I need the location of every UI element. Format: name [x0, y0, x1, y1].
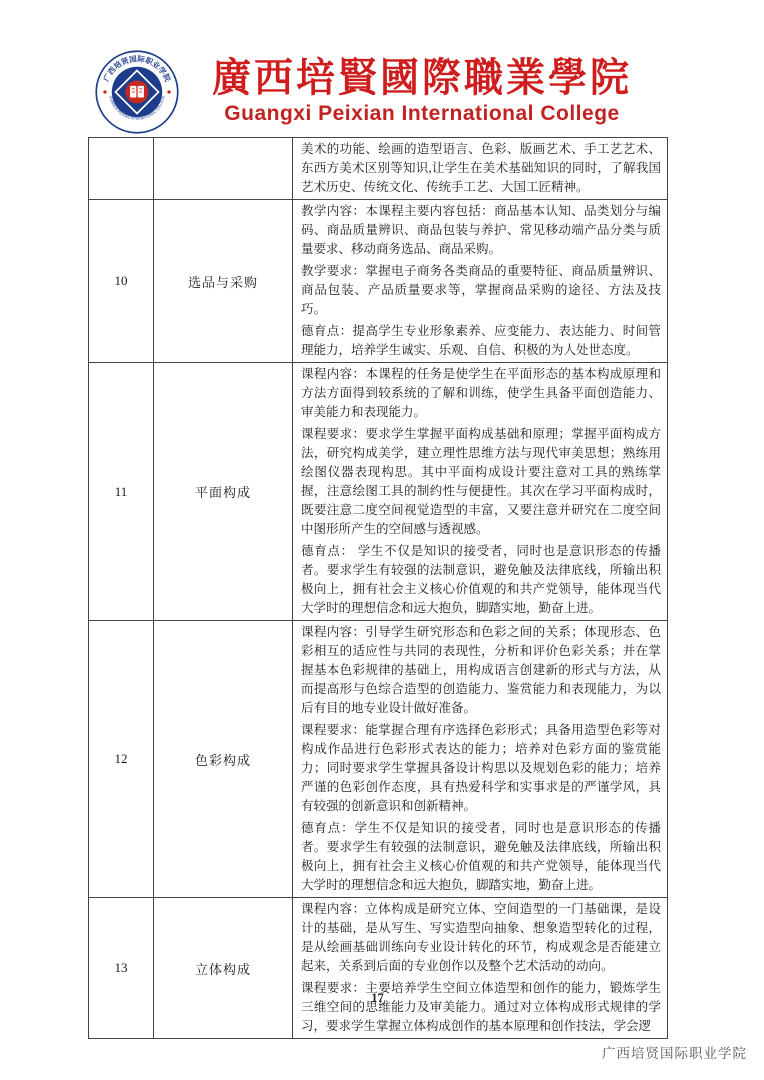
- course-desc-cell: 美术的功能、绘画的造型语言、色彩、版画艺术、手工艺艺术、东西方美术区别等知识,让…: [293, 138, 668, 200]
- seal-center-disc: [125, 80, 148, 103]
- course-desc-cell: 课程内容：本课程的任务是使学生在平面形态的基本构成原理和方法方面得到较系统的了解…: [293, 363, 668, 621]
- college-seal-icon: 广西培贤国际职业学院 GUANGXI PEIXIAN INTERNATIONAL…: [95, 50, 179, 134]
- course-number-cell: 13: [89, 898, 154, 1039]
- college-header: 广西培贤国际职业学院 GUANGXI PEIXIAN INTERNATIONAL…: [95, 48, 661, 136]
- course-number-cell: 10: [89, 200, 154, 363]
- desc-paragraph: 德育点：学生不仅是知识的接受者，同时也是意识形态的传播者。要求学生有较强的法制意…: [301, 819, 661, 895]
- course-number-cell: 11: [89, 363, 154, 621]
- course-table: 美术的功能、绘画的造型语言、色彩、版画艺术、手工艺艺术、东西方美术区别等知识,让…: [88, 137, 668, 1039]
- table-row-11: 11 平面构成 课程内容：本课程的任务是使学生在平面形态的基本构成原理和方法方面…: [89, 363, 668, 621]
- college-name-zh: 廣西培賢國際職業學院: [183, 57, 661, 102]
- page-number: 17: [88, 991, 667, 1006]
- desc-paragraph: 教学要求：掌握电子商务各类商品的重要特征、商品质量辨识、商品包装、产品质量要求等…: [301, 262, 661, 319]
- desc-paragraph: 课程要求：能掌握合理有序选择色彩形式；具备用造型色彩等对构成作品进行色彩形式表达…: [301, 721, 661, 816]
- course-desc-cell: 教学内容：本课程主要内容包括：商品基本认知、品类划分与编码、商品质量辨识、商品包…: [293, 200, 668, 363]
- course-name-cell: [154, 138, 293, 200]
- table-row-10: 10 选品与采购 教学内容：本课程主要内容包括：商品基本认知、品类划分与编码、商…: [89, 200, 668, 363]
- table-row-12: 12 色彩构成 课程内容：引导学生研究形态和色彩之间的关系；体现形态、色彩相互的…: [89, 621, 668, 898]
- document-page: 广西培贤国际职业学院 GUANGXI PEIXIAN INTERNATIONAL…: [0, 0, 764, 1080]
- desc-paragraph: 课程内容：本课程的任务是使学生在平面形态的基本构成原理和方法方面得到较系统的了解…: [301, 365, 661, 422]
- desc-paragraph: 教学内容：本课程主要内容包括：商品基本认知、品类划分与编码、商品质量辨识、商品包…: [301, 202, 661, 259]
- course-number-cell: [89, 138, 154, 200]
- desc-paragraph: 德育点：提高学生专业形象素养、应变能力、表达能力、时间管理能力，培养学生诚实、乐…: [301, 322, 661, 360]
- course-name-cell: 选品与采购: [154, 200, 293, 363]
- table-row-13: 13 立体构成 课程内容：立体构成是研究立体、空间造型的一门基础课，是设计的基础…: [89, 898, 668, 1039]
- course-name-cell: 平面构成: [154, 363, 293, 621]
- desc-paragraph: 美术的功能、绘画的造型语言、色彩、版画艺术、手工艺艺术、东西方美术区别等知识,让…: [301, 140, 661, 197]
- desc-paragraph: 德育点： 学生不仅是知识的接受者，同时也是意识形态的传播者。要求学生有较强的法制…: [301, 542, 661, 618]
- course-name-cell: 立体构成: [154, 898, 293, 1039]
- course-desc-cell: 课程内容：立体构成是研究立体、空间造型的一门基础课，是设计的基础，是从写生、写实…: [293, 898, 668, 1039]
- college-titles: 廣西培賢國際職業學院 Guangxi Peixian International…: [179, 57, 661, 127]
- desc-paragraph: 课程要求：主要培养学生空间立体造型和创作的能力，锻炼学生三维空间的思维能力及审美…: [301, 979, 661, 1036]
- desc-paragraph: 课程内容：立体构成是研究立体、空间造型的一门基础课，是设计的基础，是从写生、写实…: [301, 900, 661, 976]
- course-desc-cell: 课程内容：引导学生研究形态和色彩之间的关系；体现形态、色彩相互的适应性与共同的表…: [293, 621, 668, 898]
- course-number-cell: 12: [89, 621, 154, 898]
- college-name-en: Guangxi Peixian International College: [183, 101, 661, 127]
- table-row-continuation: 美术的功能、绘画的造型语言、色彩、版画艺术、手工艺艺术、东西方美术区别等知识,让…: [89, 138, 668, 200]
- course-name-cell: 色彩构成: [154, 621, 293, 898]
- footer-college-name: 广西培贤国际职业学院: [602, 1042, 747, 1062]
- desc-paragraph: 课程要求：要求学生掌握平面构成基础和原理；掌握平面构成方法，研究构成美学，建立理…: [301, 425, 661, 539]
- desc-paragraph: 课程内容：引导学生研究形态和色彩之间的关系；体现形态、色彩相互的适应性与共同的表…: [301, 623, 661, 718]
